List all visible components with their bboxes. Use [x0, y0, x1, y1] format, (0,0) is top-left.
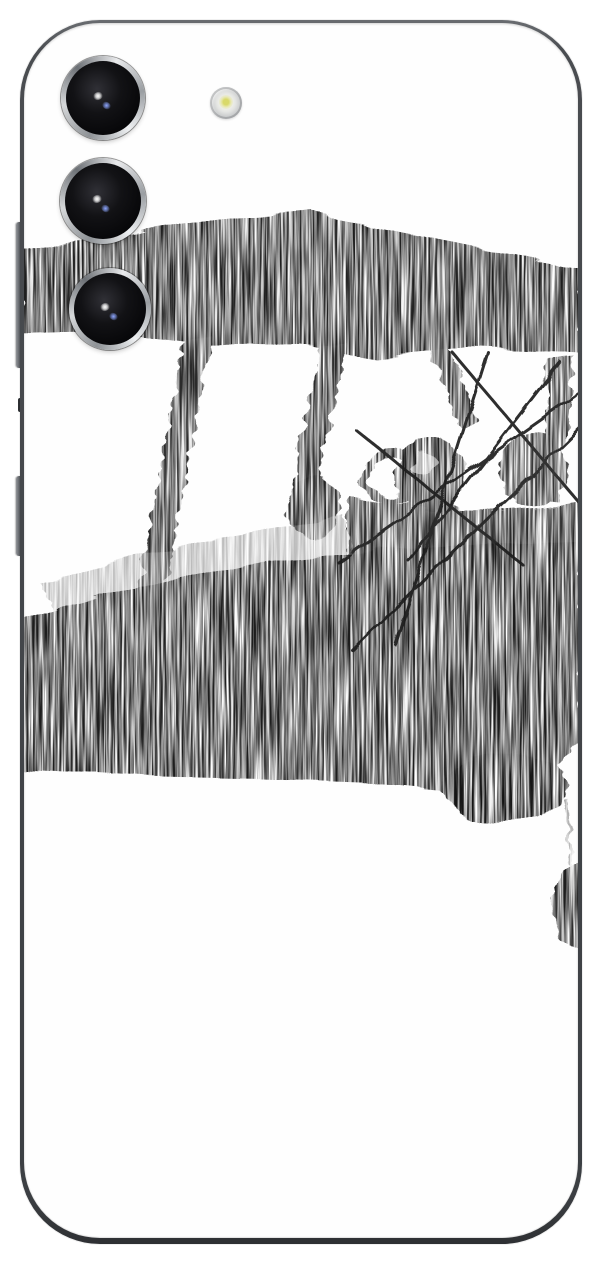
flash-led — [210, 87, 242, 119]
aviator-head-rear — [499, 434, 567, 506]
aviator-head-front — [396, 437, 464, 513]
goggle-highlight — [413, 453, 435, 475]
camera-lens-glass — [74, 273, 146, 345]
camera-lens-middle — [60, 158, 146, 244]
phone-back-frame — [20, 20, 582, 1244]
engine-cowling — [443, 754, 567, 822]
landing-wheel — [553, 860, 578, 952]
camera-lens-glass — [66, 61, 140, 135]
windshield-brace — [430, 348, 478, 428]
gear-strut — [566, 800, 572, 868]
camera-lens-top — [61, 56, 145, 140]
product-photo-scene — [0, 0, 600, 1266]
camera-lens-bottom — [69, 268, 151, 350]
camera-lens-glass — [65, 163, 141, 239]
